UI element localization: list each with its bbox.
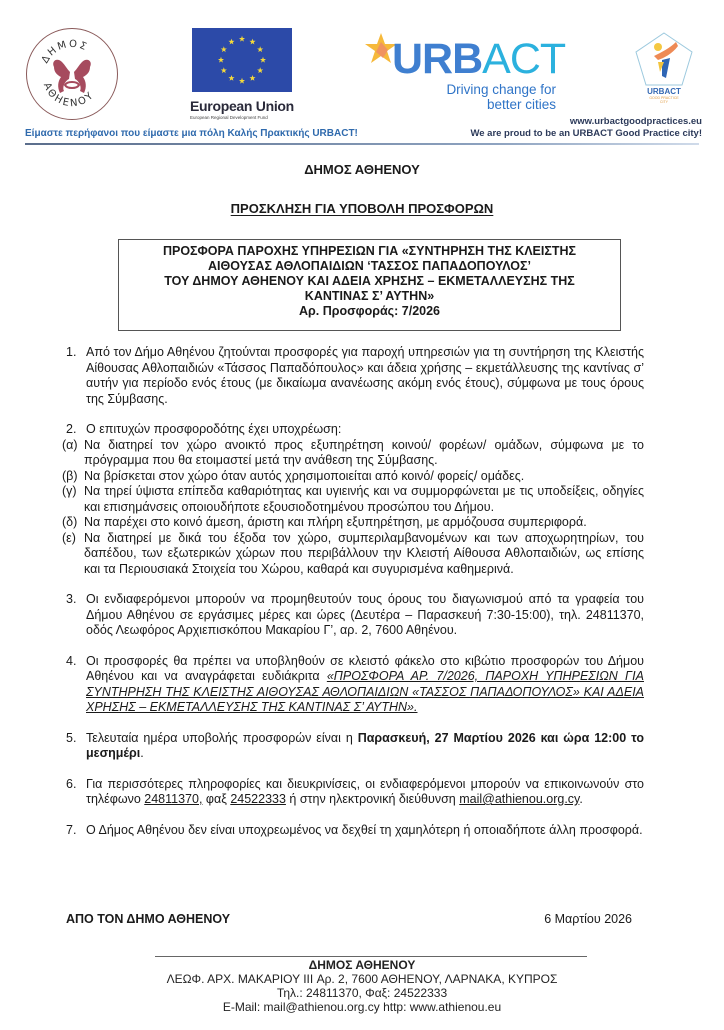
call-title: ΠΡΟΣΚΛΗΣΗ ΓΙΑ ΥΠΟΒΟΛΗ ΠΡΟΣΦΟΡΩΝ: [0, 201, 724, 216]
signature: ΑΠΟ ΤΟΝ ΔΗΜΟ ΑΘΗΕΝΟΥ: [66, 912, 230, 926]
urbact-tagline: Driving change for better cities: [446, 82, 556, 112]
offer-title-box: ΠΡΟΣΦΟΡΑ ΠΑΡΟΧΗΣ ΥΠΗΡΕΣΙΩΝ ΓΙΑ «ΣΥΝΤΗΡΗΣ…: [118, 239, 621, 331]
fax-link[interactable]: 24522333: [230, 792, 286, 806]
eu-fund-name: European Regional Development Fund: [190, 115, 294, 120]
svg-text:ΔΗΜΟΣ: ΔΗΜΟΣ: [40, 39, 90, 66]
list-item: 1. Από τον Δήμο Αθηένου ζητούνται προσφο…: [66, 345, 644, 407]
urbact-good-practice-icon: [632, 30, 696, 88]
document-date: 6 Μαρτίου 2026: [544, 912, 632, 926]
sub-item: (ε)Να διατηρεί με δικά του έξοδα τον χώρ…: [62, 531, 644, 578]
sub-item: (γ)Να τηρεί ύψιστα επίπεδα καθαριότητας …: [62, 484, 644, 515]
urbact-logo: URBACT Driving change for better cities: [362, 30, 562, 115]
org-title: ΔΗΜΟΣ ΑΘΗΕΝΟΥ: [0, 162, 724, 177]
footer: ΔΗΜΟΣ ΑΘΗΕΝΟΥ ΛΕΩΦ. ΑΡΧ. ΜΑΚΑΡΙΟΥ III Αρ…: [0, 958, 724, 1014]
footer-divider: [155, 956, 587, 957]
sub-item: (α)Να διατηρεί τον χώρο ανοικτό προς εξυ…: [62, 438, 644, 469]
list-item: 3. Οι ενδιαφερόμενοι μπορούν να προμηθευ…: [66, 592, 644, 639]
municipality-seal-icon: ΔΗΜΟΣ ΑΘΗΕΝΟΥ: [26, 28, 118, 120]
urbact-website-link[interactable]: www.urbactgoodpractices.eu: [570, 116, 702, 127]
urbact-wordmark: URBACT: [392, 38, 565, 81]
phone-link[interactable]: 24811370,: [144, 792, 202, 806]
footer-contact[interactable]: E-Mail: mail@athienou.org.cy http: www.a…: [0, 1000, 724, 1014]
eu-name: European Union: [190, 98, 294, 114]
footer-org: ΔΗΜΟΣ ΑΘΗΕΝΟΥ: [0, 958, 724, 972]
footer-address: ΛΕΩΦ. ΑΡΧ. ΜΑΚΑΡΙΟΥ III Αρ. 2, 7600 ΑΘΗΕ…: [0, 972, 724, 986]
list-item: 2. Ο επιτυχών προσφοροδότης έχει υποχρέω…: [66, 422, 644, 438]
header-divider: [25, 143, 699, 145]
footer-phones: Τηλ.: 24811370, Φαξ: 24522333: [0, 986, 724, 1000]
list-item: 7. Ο Δήμος Αθηένου δεν είναι υποχρεωμένο…: [66, 823, 644, 839]
sub-item: (β)Να βρίσκεται στον χώρο όταν αυτός χρη…: [62, 469, 644, 485]
list-item: 4. Οι προσφορές θα πρέπει να υποβληθούν …: [66, 654, 644, 716]
offer-number: Αρ. Προσφοράς: 7/2026: [119, 304, 620, 319]
letterhead: ΔΗΜΟΣ ΑΘΗΕΝΟΥ European Union European Re…: [0, 0, 724, 148]
email-link[interactable]: mail@athienou.org.cy: [459, 792, 579, 806]
eu-flag-icon: [192, 28, 292, 92]
slogan-english: We are proud to be an URBACT Good Practi…: [470, 128, 702, 139]
document-body: 1. Από τον Δήμο Αθηένου ζητούνται προσφο…: [66, 345, 644, 838]
list-item: 6. Για περισσότερες πληροφορίες και διευ…: [66, 777, 644, 808]
slogan-greek: Είμαστε περήφανοι που είμαστε μια πόλη Κ…: [25, 128, 358, 139]
sub-item: (δ)Να παρέχει στο κοινό άμεση, άριστη κα…: [62, 515, 644, 531]
urbact-good-practice-logo: URBACT GOOD PRACTICE CITY: [632, 30, 696, 100]
list-item: 5. Τελευταία ημέρα υποβολής προσφορών εί…: [66, 731, 644, 762]
eu-logo: European Union European Regional Develop…: [190, 28, 294, 120]
